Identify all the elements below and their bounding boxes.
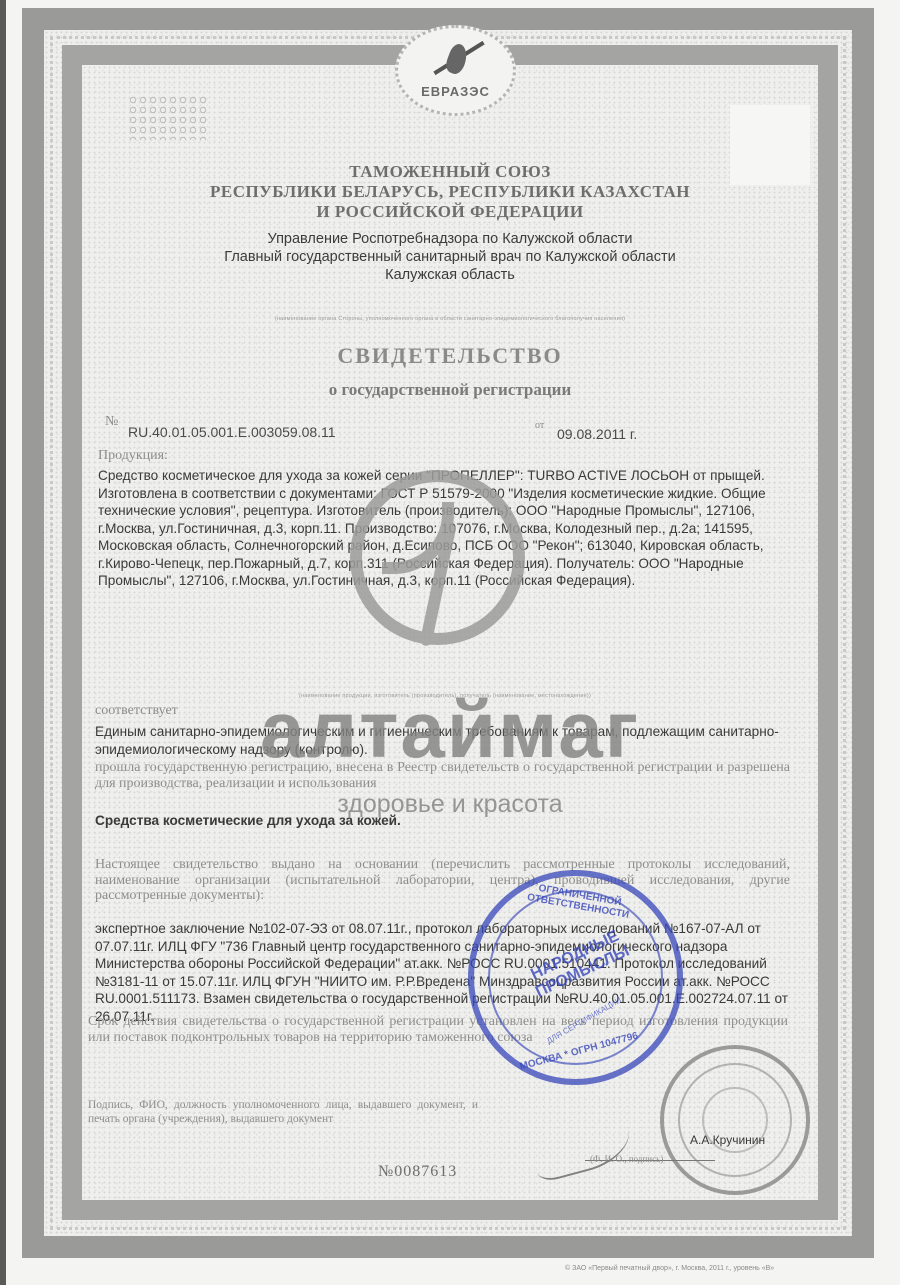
authority-line: Управление Роспотребнадзора по Калужской… xyxy=(0,230,900,248)
watermark-tagline: здоровье и красота xyxy=(0,790,900,819)
product-label: Продукция: xyxy=(98,448,168,464)
signature-caption: Подпись, ФИО, должность уполномоченного … xyxy=(88,1098,478,1126)
basis-text: экспертное заключение №102-07-ЭЗ от 08.0… xyxy=(95,920,790,1025)
eurasec-emblem: ЕВРАЗЭС xyxy=(395,25,516,116)
stamp-bottom-text: МОСКВА * ОГРН 1047796 xyxy=(505,1027,653,1076)
hologram-pattern-icon xyxy=(128,95,208,140)
leaf-circle-icon xyxy=(350,470,525,645)
authority-line: Калужская область xyxy=(0,266,900,284)
stamp-top-text: ОГРАНИЧЕННОЙ ОТВЕТСТВЕННОСТИ xyxy=(513,879,645,923)
emblem-label: ЕВРАЗЭС xyxy=(421,84,490,99)
watermark-brand: алтаймаг xyxy=(0,690,900,770)
serial-number: №0087613 xyxy=(378,1163,457,1181)
printer-footer: © ЗАО «Первый печатный двор», г. Москва,… xyxy=(565,1265,774,1272)
authority-line: Главный государственный санитарный врач … xyxy=(0,248,900,266)
number-label: № xyxy=(105,414,118,430)
registration-date: 09.08.2011 г. xyxy=(557,426,637,442)
signer-caption: (Ф. И. О., подпись) xyxy=(590,1154,663,1164)
union-heading: ТАМОЖЕННЫЙ СОЮЗ РЕСПУБЛИКИ БЕЛАРУСЬ, РЕС… xyxy=(0,162,900,222)
basis-label: Настоящее свидетельство выдано на основа… xyxy=(95,857,790,904)
union-line: РЕСПУБЛИКИ БЕЛАРУСЬ, РЕСПУБЛИКИ КАЗАХСТА… xyxy=(0,182,900,202)
official-seal-stamp xyxy=(660,1045,810,1195)
union-line: И РОССИЙСКОЙ ФЕДЕРАЦИИ xyxy=(0,202,900,222)
registration-number: RU.40.01.05.001.Е.003059.08.11 xyxy=(128,424,336,440)
issuing-authority: Управление Роспотребнадзора по Калужской… xyxy=(0,230,900,284)
document-subtitle: о государственной регистрации xyxy=(0,380,900,400)
authority-caption: (наименование органа Стороны, уполномоче… xyxy=(0,316,900,322)
serial-text: №0087613 xyxy=(378,1163,457,1180)
document-title: СВИДЕТЕЛЬСТВО xyxy=(0,343,900,369)
union-line: ТАМОЖЕННЫЙ СОЮЗ xyxy=(0,162,900,182)
company-seal-stamp: ОГРАНИЧЕННОЙ ОТВЕТСТВЕННОСТИ НАРОДНЫЕ ПР… xyxy=(468,870,683,1085)
signer-name: А.А.Кручинин xyxy=(690,1133,765,1147)
eurasec-emblem-icon xyxy=(426,42,486,80)
validity-text: Срок действия свидетельства о государств… xyxy=(88,1014,788,1045)
date-label: от xyxy=(535,420,544,431)
